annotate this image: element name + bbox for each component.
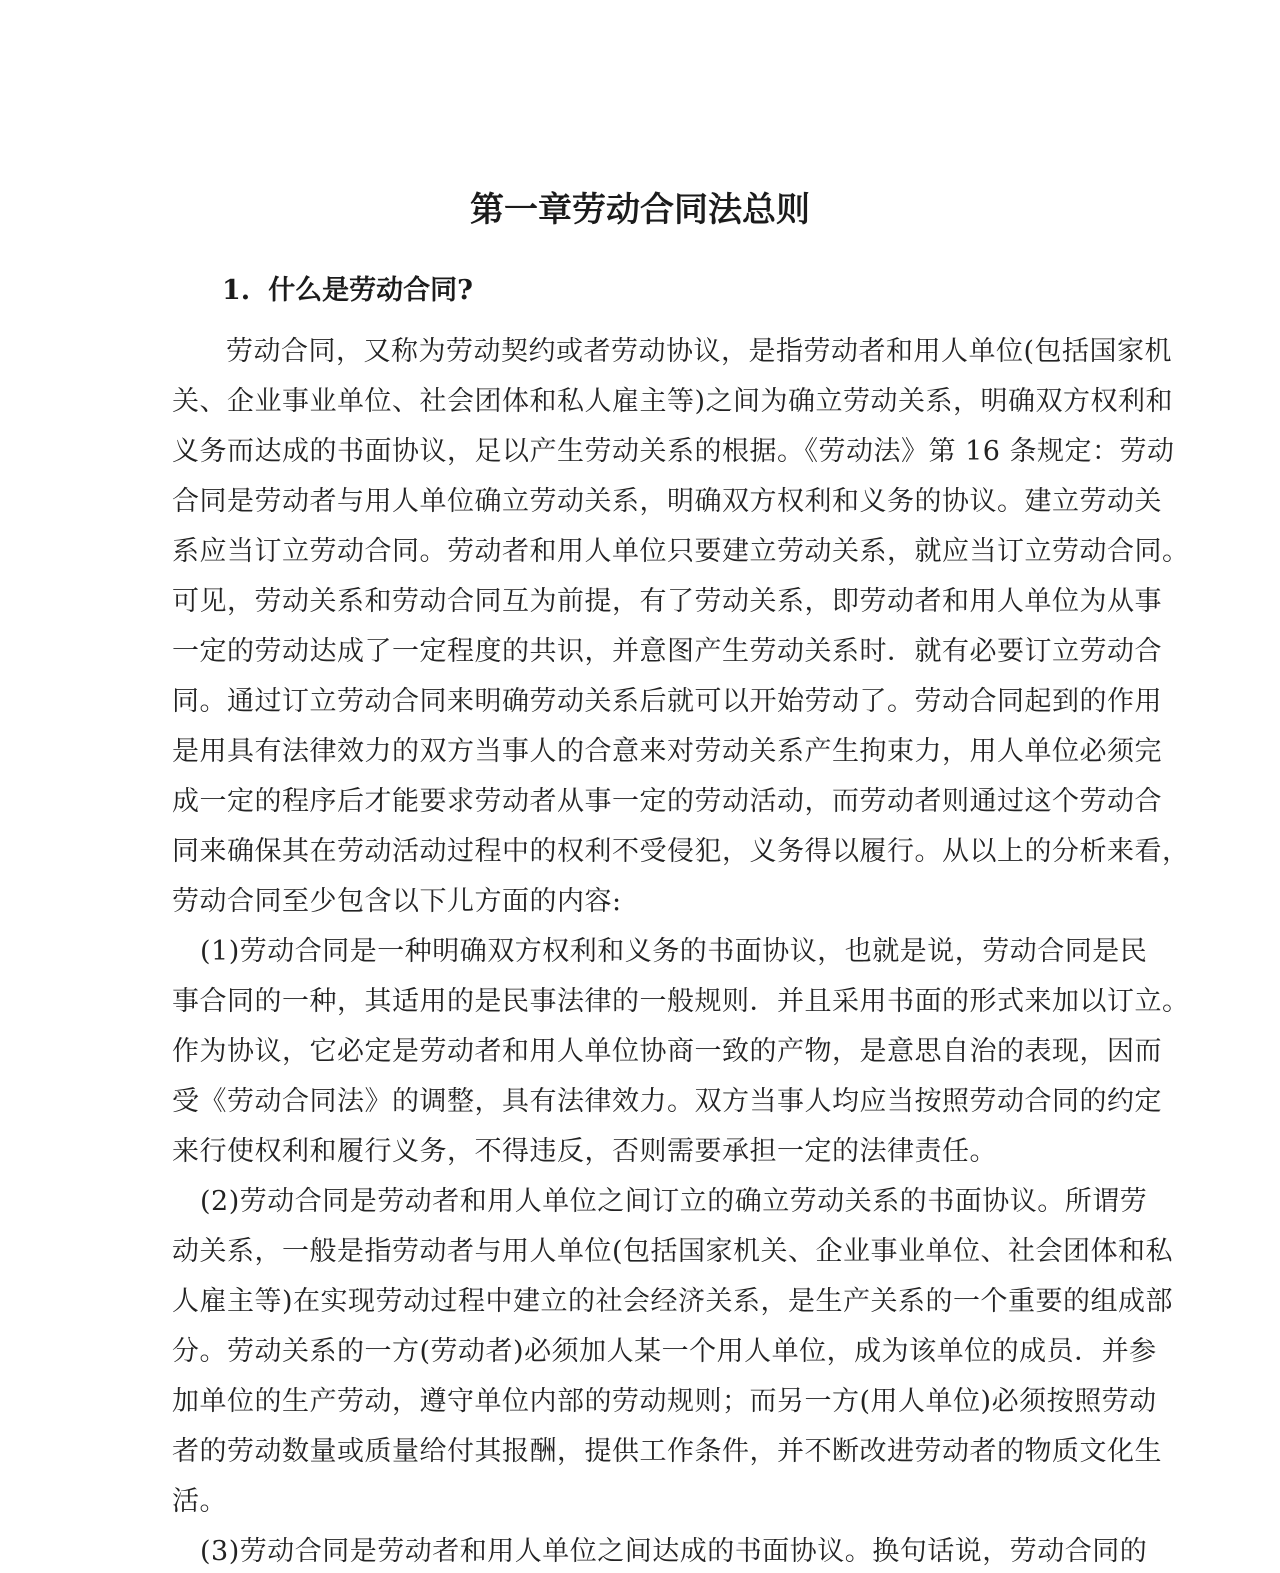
text-line: 是用具有法律效力的双方当事人的合意来对劳动关系产生拘束力，用人单位必须完: [172, 727, 1113, 777]
chapter-title: 第一章劳动合同法总则: [0, 182, 1280, 231]
section-heading-text: 什么是劳动合同?: [268, 275, 473, 306]
text-line: (2)劳动合同是劳动者和用人单位之间订立的确立劳动关系的书面协议。所谓劳: [172, 1177, 1113, 1227]
section-number: 1.: [222, 275, 250, 306]
paragraph: (2)劳动合同是劳动者和用人单位之间订立的确立劳动关系的书面协议。所谓劳 动关系…: [172, 1177, 1113, 1527]
text-line: 人雇主等)在实现劳动过程中建立的社会经济关系，是生产关系的一个重要的组成部: [172, 1277, 1113, 1327]
text-line: (3)劳动合同是劳动者和用人单位之间达成的书面协议。换句话说，劳动合同的: [172, 1527, 1113, 1573]
text-line: 受《劳动合同法》的调整，具有法律效力。双方当事人均应当按照劳动合同的约定: [172, 1077, 1113, 1127]
text-line: 事合同的一种，其适用的是民事法律的一般规则．并且采用书面的形式来加以订立。: [172, 977, 1113, 1027]
paragraph: (3)劳动合同是劳动者和用人单位之间达成的书面协议。换句话说，劳动合同的: [172, 1527, 1113, 1573]
text-line: 关、企业事业单位、社会团体和私人雇主等)之间为确立劳动关系，明确双方权利和: [172, 377, 1113, 427]
text-line: 活。: [172, 1477, 1113, 1527]
text-line: (1)劳动合同是一种明确双方权利和义务的书面协议，也就是说，劳动合同是民: [172, 927, 1113, 977]
text-line: 义务而达成的书面协议，足以产生劳动关系的根据。《劳动法》第 16 条规定：劳动: [172, 427, 1113, 477]
paragraph: (1)劳动合同是一种明确双方权利和义务的书面协议，也就是说，劳动合同是民 事合同…: [172, 927, 1113, 1177]
document-page: 第一章劳动合同法总则 1.什么是劳动合同? 劳动合同，又称为劳动契约或者劳动协议…: [0, 0, 1280, 1573]
body-text: 劳动合同，又称为劳动契约或者劳动协议，是指劳动者和用人单位(包括国家机 关、企业…: [172, 327, 1113, 1573]
text-line: 可见，劳动关系和劳动合同互为前提，有了劳动关系，即劳动者和用人单位为从事: [172, 577, 1113, 627]
text-line: 成一定的程序后才能要求劳动者从事一定的劳动活动，而劳动者则通过这个劳动合: [172, 777, 1113, 827]
text-line: 者的劳动数量或质量给付其报酬，提供工作条件，并不断改进劳动者的物质文化生: [172, 1427, 1113, 1477]
text-line: 来行使权利和履行义务，不得违反，否则需要承担一定的法律责任。: [172, 1127, 1113, 1177]
text-line: 一定的劳动达成了一定程度的共识，并意图产生劳动关系时．就有必要订立劳动合: [172, 627, 1113, 677]
text-line: 分。劳动关系的一方(劳动者)必须加人某一个用人单位，成为该单位的成员．并参: [172, 1327, 1113, 1377]
text-line: 作为协议，它必定是劳动者和用人单位协商一致的产物，是意思自治的表现，因而: [172, 1027, 1113, 1077]
text-line: 系应当订立劳动合同。劳动者和用人单位只要建立劳动关系，就应当订立劳动合同。: [172, 527, 1113, 577]
section-heading: 1.什么是劳动合同?: [222, 268, 473, 307]
text-line: 加单位的生产劳动，遵守单位内部的劳动规则；而另一方(用人单位)必须按照劳动: [172, 1377, 1113, 1427]
text-line: 同来确保其在劳动活动过程中的权利不受侵犯，义务得以履行。从以上的分析来看，: [172, 827, 1113, 877]
text-line: 劳动合同至少包含以下儿方面的内容:: [172, 877, 1113, 927]
text-line: 劳动合同，又称为劳动契约或者劳动协议，是指劳动者和用人单位(包括国家机: [172, 327, 1113, 377]
text-line: 动关系，一般是指劳动者与用人单位(包括国家机关、企业事业单位、社会团体和私: [172, 1227, 1113, 1277]
paragraph: 劳动合同，又称为劳动契约或者劳动协议，是指劳动者和用人单位(包括国家机 关、企业…: [172, 327, 1113, 927]
text-line: 同。通过订立劳动合同来明确劳动关系后就可以开始劳动了。劳动合同起到的作用: [172, 677, 1113, 727]
text-line: 合同是劳动者与用人单位确立劳动关系，明确双方权利和义务的协议。建立劳动关: [172, 477, 1113, 527]
